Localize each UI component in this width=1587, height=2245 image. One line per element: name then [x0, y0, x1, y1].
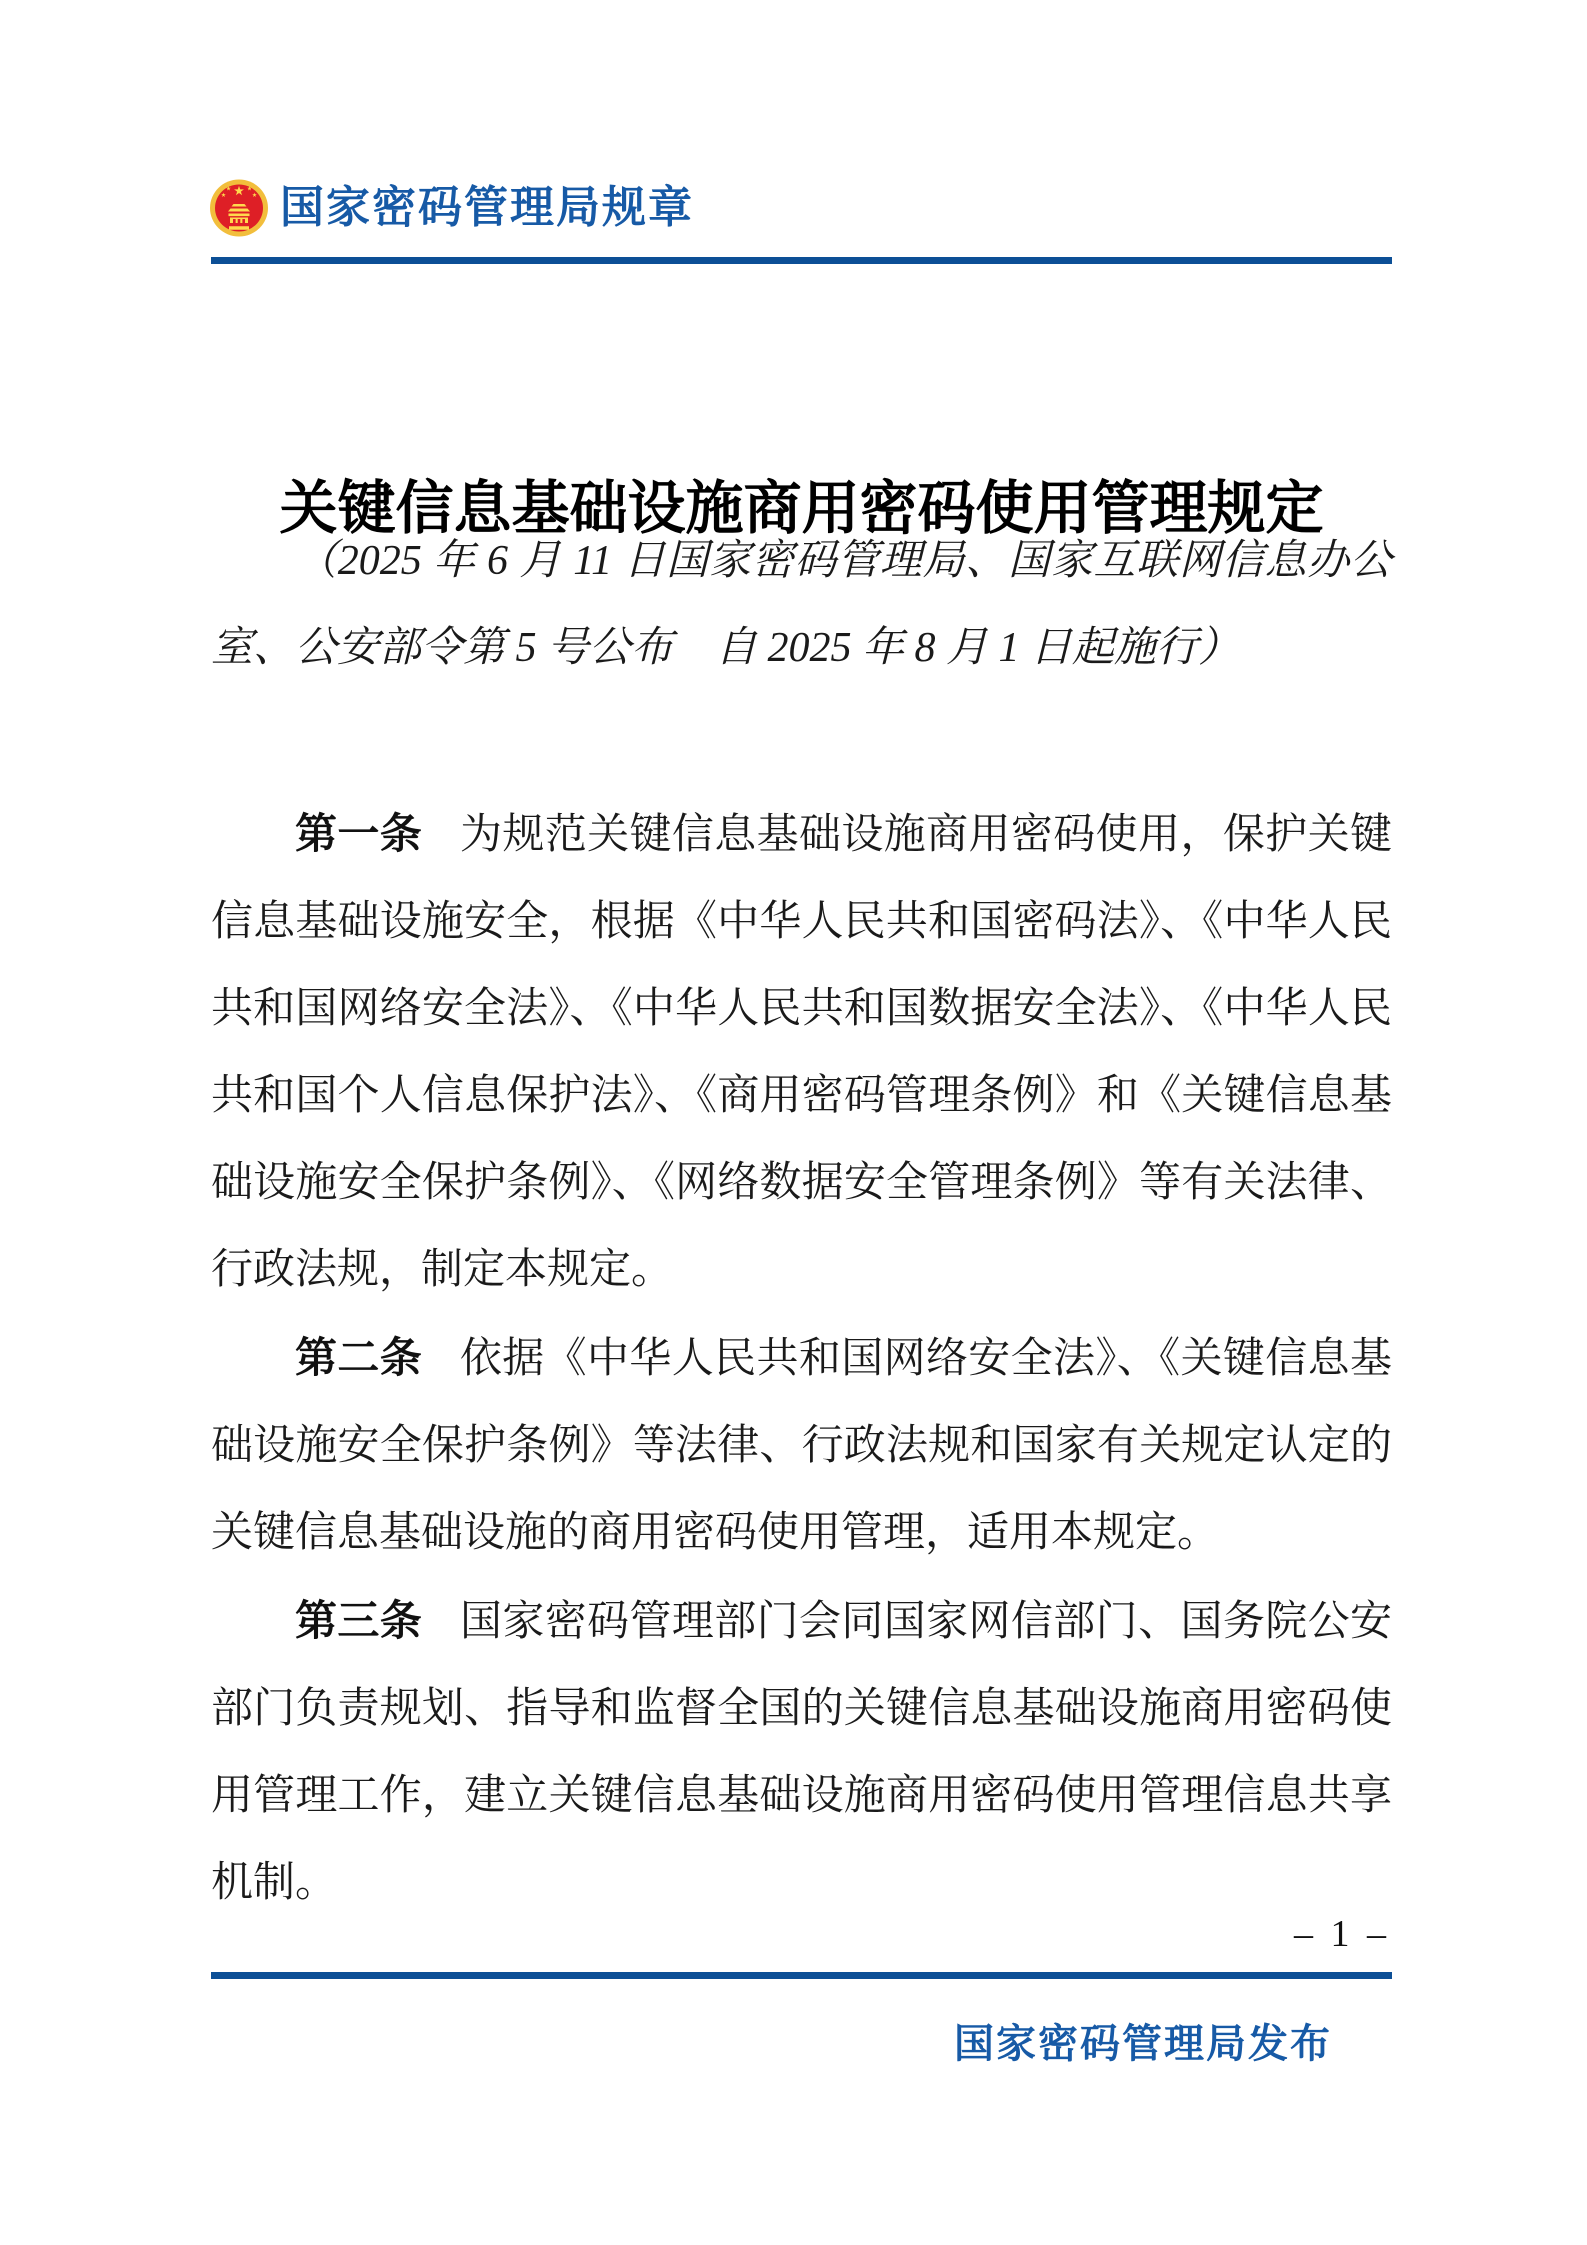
article-paragraph: 第二条依据《中华人民共和国网络安全法》、《关键信息基础设施安全保护条例》等法律、…	[211, 1314, 1392, 1577]
page-number: – 1 –	[1294, 1912, 1390, 1956]
article-number: 第一条	[295, 810, 422, 857]
article-text: 为规范关键信息基础设施商用密码使用，保护关键信息基础设施安全，根据《中华人民共和…	[211, 812, 1392, 1293]
article-paragraph: 第一条为规范关键信息基础设施商用密码使用，保护关键信息基础设施安全，根据《中华人…	[211, 790, 1392, 1314]
agency-header-label: 国家密码管理局规章	[280, 178, 694, 238]
publisher-label: 国家密码管理局发布	[954, 2012, 1332, 2069]
article-number: 第三条	[295, 1597, 422, 1644]
page-header: 国家密码管理局规章	[208, 178, 694, 238]
footer-divider	[211, 1972, 1392, 1979]
document-body: 第一条为规范关键信息基础设施商用密码使用，保护关键信息基础设施安全，根据《中华人…	[211, 790, 1392, 1927]
national-emblem-icon	[208, 178, 270, 238]
article-text: 国家密码管理部门会同国家网信部门、国务院公安部门负责规划、指导和监督全国的关键信…	[211, 1599, 1392, 1906]
issuance-note: （2025 年 6 月 11 日国家密码管理局、国家互联网信息办公室、公安部令第…	[211, 518, 1392, 692]
article-number: 第二条	[295, 1334, 422, 1381]
article-paragraph: 第三条国家密码管理部门会同国家网信部门、国务院公安部门负责规划、指导和监督全国的…	[211, 1577, 1392, 1927]
document-page: 国家密码管理局规章 关键信息基础设施商用密码使用管理规定 （2025 年 6 月…	[0, 0, 1587, 2245]
header-divider	[211, 257, 1392, 264]
